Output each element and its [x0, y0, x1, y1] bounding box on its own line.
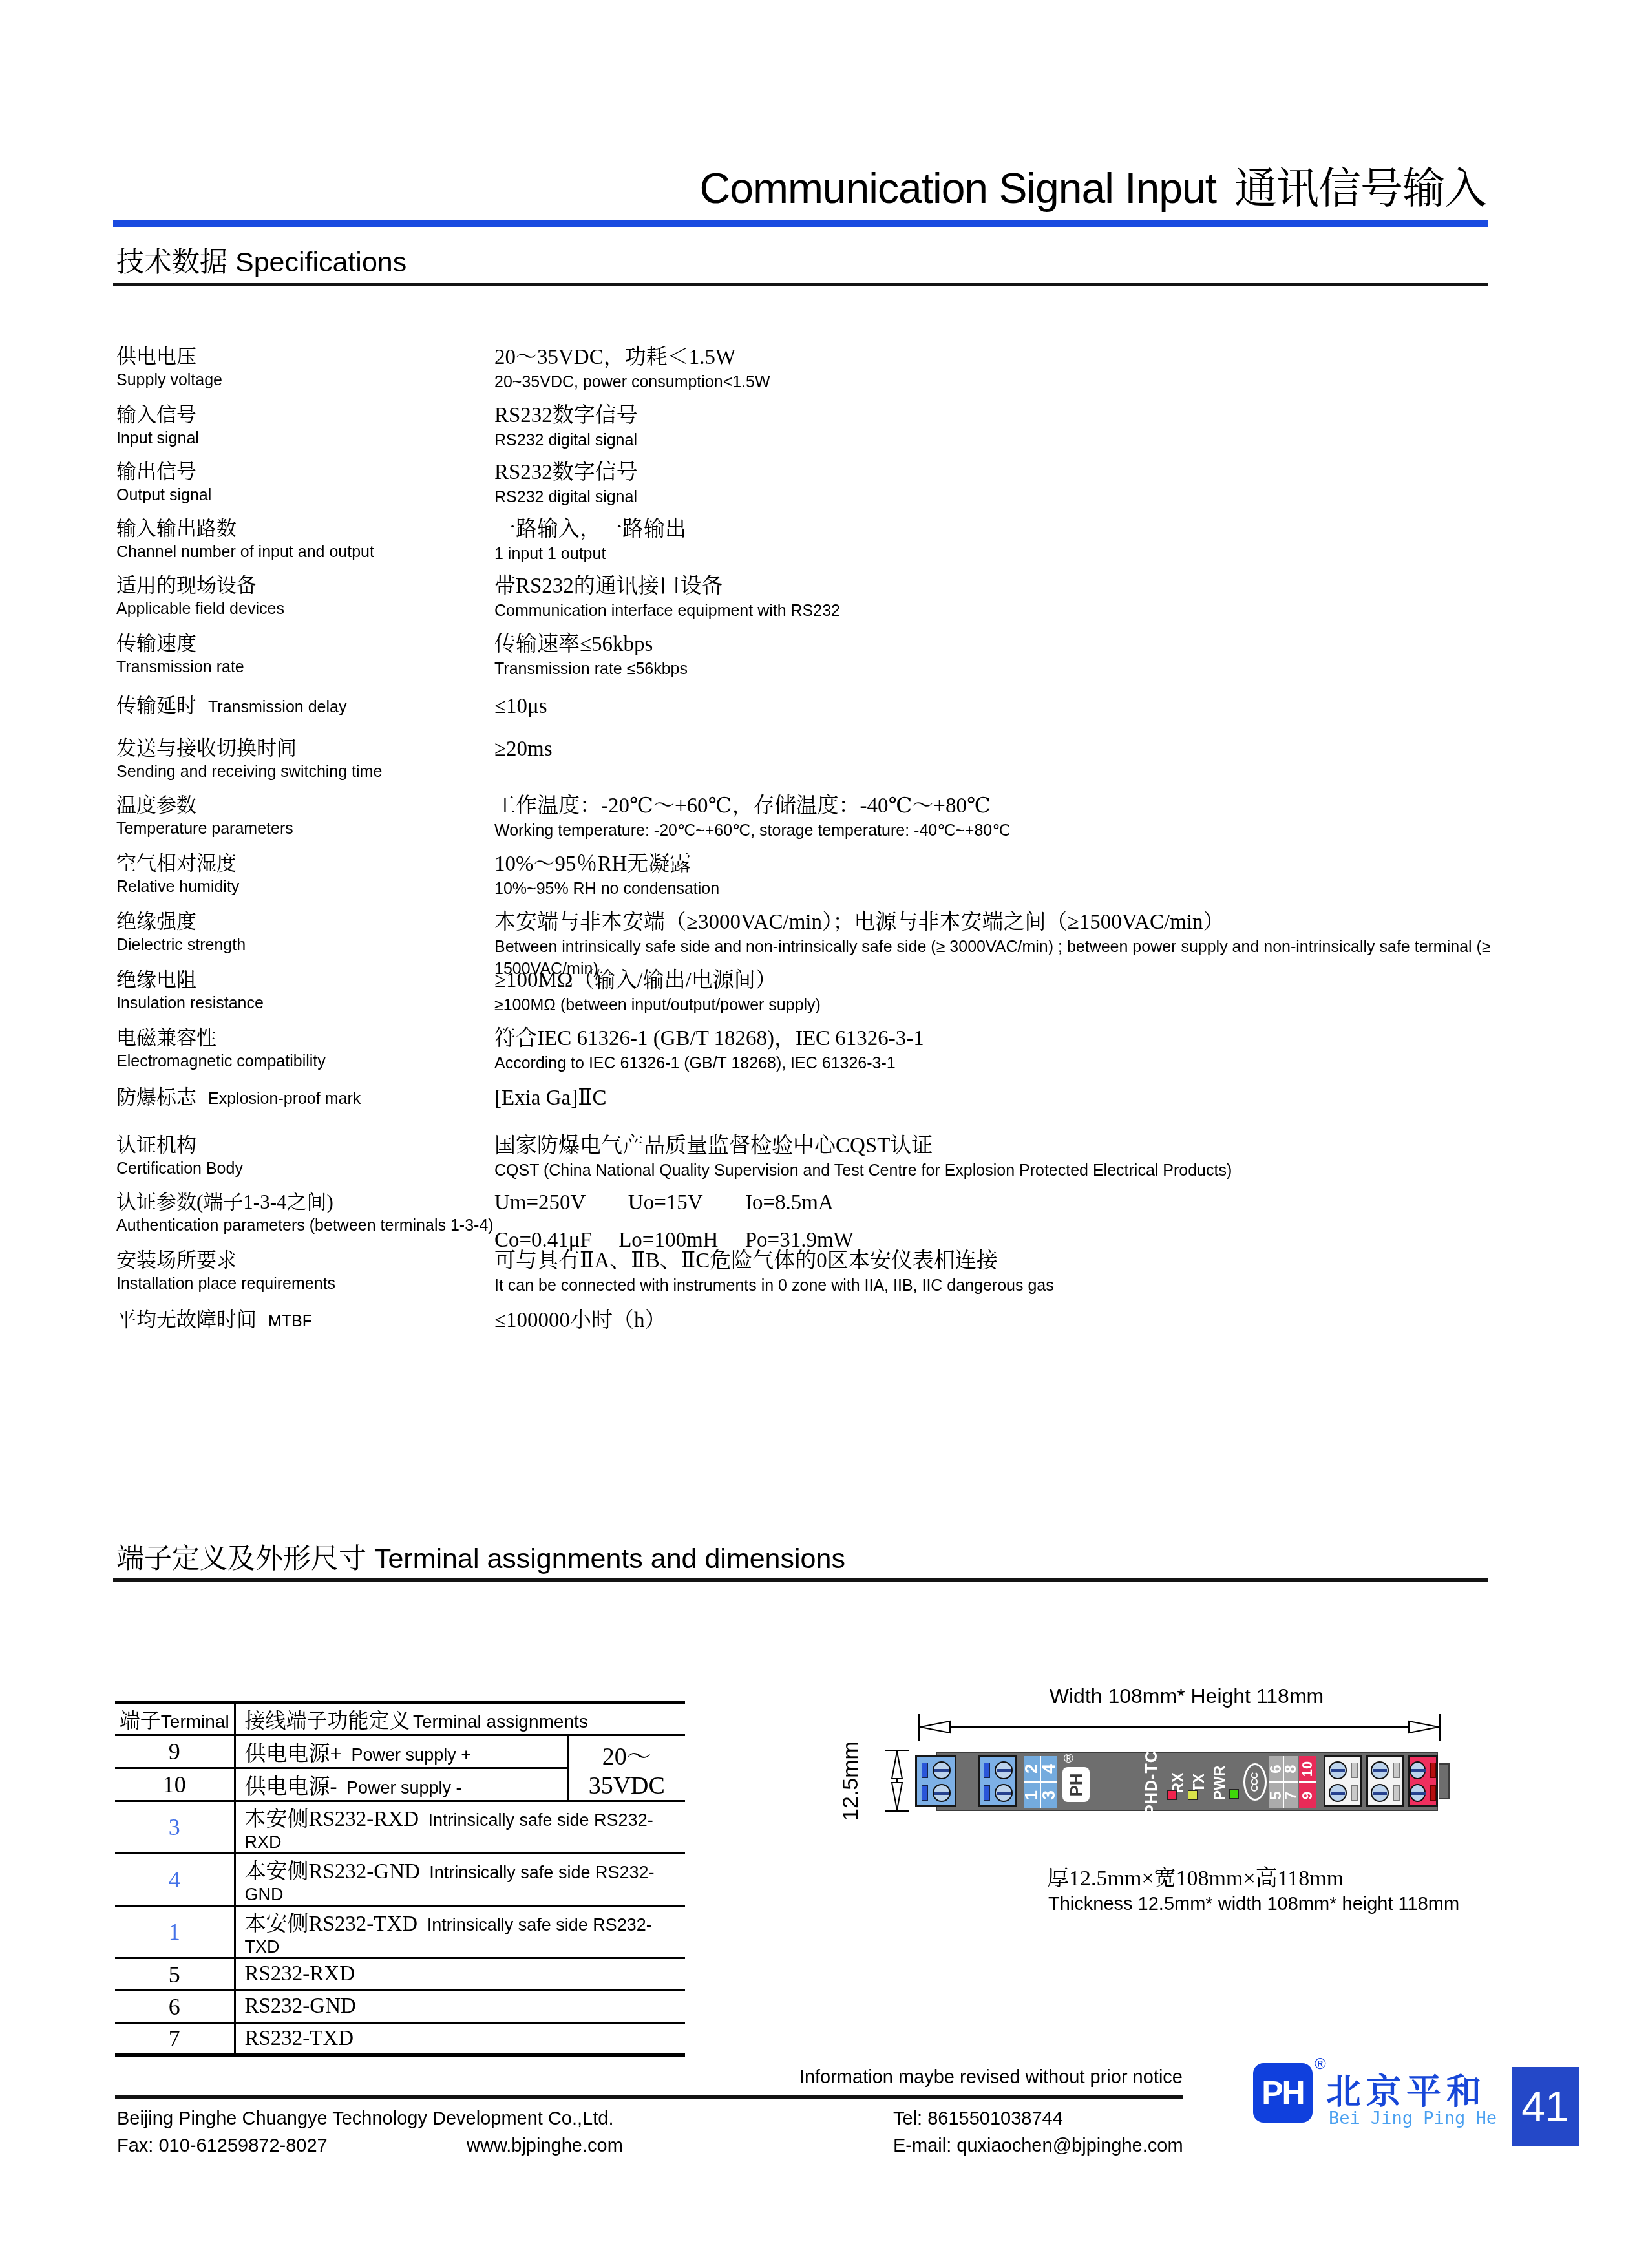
spec-row-humidity: 空气相对湿度 Relative humidity 10%～95％RH无凝露 10…: [116, 851, 1512, 900]
terminal-underline: [113, 1578, 1488, 1582]
spec-row-authentication-parameters: 认证参数(端子1-3-4之间) Authentication parameter…: [116, 1189, 1512, 1254]
spec-value-cn: 20～35VDC，功耗＜1.5W: [494, 344, 1512, 371]
spec-value-en: ≥100MΩ (between input/output/power suppl…: [494, 994, 1512, 1016]
spec-label-en: Authentication parameters (between termi…: [116, 1215, 494, 1236]
terminal-number-panel-red: 10 9: [1299, 1756, 1316, 1808]
spec-value-en: Working temperature: -20℃~+60℃, storage …: [494, 820, 1512, 842]
spec-label: 输入信号 Input signal: [116, 402, 494, 449]
panel-cell: 7: [1284, 1783, 1298, 1808]
terminal-function: 本安侧RS232-TXD Intrinsically safe side RS2…: [235, 1906, 685, 1958]
spec-label-cn: 电磁兼容性: [116, 1025, 494, 1051]
terminal-block-white-2: [1366, 1755, 1404, 1807]
spec-value: ≤10μs: [494, 693, 1512, 720]
size-note-cn: 厚12.5mm×宽108mm×高118mm: [1047, 1860, 1344, 1892]
page-title-en: Communication Signal Input: [700, 164, 1216, 212]
panel-digit: 4: [1039, 1764, 1059, 1774]
pwr-label: PWR: [1211, 1753, 1229, 1812]
screw-terminal: [1410, 1784, 1426, 1802]
spec-value: 带RS232的通讯接口设备 Communication interface eq…: [494, 573, 1512, 622]
spec-value-cn: 带RS232的通讯接口设备: [494, 573, 1512, 600]
fax-number: Fax: 010-61259872-8027: [117, 2136, 328, 2157]
terminal-function-cn: RS232-GND: [245, 1995, 356, 2018]
spec-label: 供电电压 Supply voltage: [116, 344, 494, 391]
spec-value: 工作温度：-20℃～+60℃，存储温度：-40℃～+80℃ Working te…: [494, 792, 1512, 842]
spec-label-cn: 认证参数(端子1-3-4之间): [116, 1189, 494, 1215]
spec-value-cn: 国家防爆电气产品质量监督检验中心CQST认证: [494, 1132, 1512, 1160]
table-row-terminal-5: 5 RS232-RXD: [115, 1958, 685, 1991]
terminal-number: 4: [115, 1854, 235, 1906]
terminal-function-cn: RS232-TXD: [245, 2027, 354, 2050]
terminal-function-cn: RS232-RXD: [245, 1962, 355, 1986]
spec-label-en: Transmission delay: [208, 697, 346, 718]
screw-terminal: [933, 1761, 951, 1779]
spec-label: 输入输出路数 Channel number of input and outpu…: [116, 516, 494, 563]
terminal-function-cn: 供电电源-: [245, 1775, 337, 1799]
terminal-function-cn: 供电电源+: [245, 1743, 343, 1766]
ccc-certification-icon: CCC: [1243, 1763, 1267, 1801]
spec-label-en: Electromagnetic compatibility: [116, 1051, 494, 1072]
spec-row-emc: 电磁兼容性 Electromagnetic compatibility 符合IE…: [116, 1025, 1512, 1074]
table-row-terminal-4: 4 本安侧RS232-GND Intrinsically safe side R…: [115, 1854, 685, 1906]
screw-terminal: [933, 1784, 951, 1802]
spec-label: 防爆标志 Explosion-proof mark: [116, 1085, 494, 1110]
terminal-row: [1410, 1761, 1436, 1779]
terminal-header-cn: 端子: [120, 1709, 161, 1732]
terminal-number-panel-gray: 6 8 5 7: [1269, 1756, 1298, 1808]
rx-label: RX: [1170, 1753, 1188, 1812]
spec-label: 传输速度 Transmission rate: [116, 631, 494, 678]
company-name: Beijing Pinghe Chuangye Technology Devel…: [117, 2108, 613, 2130]
revision-notice: Information maybe revised without prior …: [646, 2067, 1183, 2088]
screw-terminal: [1329, 1784, 1347, 1802]
terminal-number: 9: [115, 1735, 235, 1768]
wire-slot: [922, 1785, 928, 1801]
spec-value-cn: ≤10μs: [494, 693, 1512, 720]
terminal-function: RS232-GND: [235, 1991, 685, 2023]
screw-terminal: [1329, 1761, 1347, 1779]
spec-label: 空气相对湿度 Relative humidity: [116, 851, 494, 898]
tx-text: TX: [1191, 1773, 1209, 1792]
terminal-number: 1: [115, 1906, 235, 1958]
spec-value-cn: ≤100000小时（h）: [494, 1307, 1512, 1334]
spec-row-supply-voltage: 供电电压 Supply voltage 20～35VDC，功耗＜1.5W 20~…: [116, 344, 1512, 393]
page-title: Communication Signal Input通讯信号输入: [116, 154, 1486, 215]
terminal-number: 7: [115, 2023, 235, 2055]
spec-value-en: CQST (China National Quality Supervision…: [494, 1160, 1512, 1182]
datasheet-page: Communication Signal Input通讯信号输入 技术数据 Sp…: [0, 0, 1626, 2268]
spec-value: 20～35VDC，功耗＜1.5W 20~35VDC, power consump…: [494, 344, 1512, 393]
terminal-number: 3: [115, 1801, 235, 1854]
terminal-function: 本安侧RS232-RXD Intrinsically safe side RS2…: [235, 1801, 685, 1854]
terminal-row: [1410, 1784, 1436, 1802]
spec-row-insulation-resistance: 绝缘电阻 Insulation resistance ≥100MΩ（输入/输出/…: [116, 967, 1512, 1016]
device-model-text: PHD-TC: [1143, 1750, 1161, 1815]
spec-value-cn: 可与具有ⅡA、ⅡB、ⅡC危险气体的0区本安仪表相连接: [494, 1247, 1512, 1275]
spec-label: 认证参数(端子1-3-4之间) Authentication parameter…: [116, 1189, 494, 1236]
spec-label: 绝缘电阻 Insulation resistance: [116, 967, 494, 1014]
spec-value-cn: ≥20ms: [494, 736, 1512, 763]
spec-label-cn: 平均无故障时间: [116, 1307, 257, 1333]
company-logo-text: PH: [1262, 2074, 1304, 2112]
spec-label: 温度参数 Temperature parameters: [116, 792, 494, 840]
terminal-function: 本安侧RS232-GND Intrinsically safe side RS2…: [235, 1854, 685, 1906]
spec-label-en: Insulation resistance: [116, 993, 494, 1014]
width-dimension-line: [911, 1712, 1448, 1743]
spec-label-en: Supply voltage: [116, 370, 494, 391]
wire-slot: [984, 1763, 990, 1778]
spec-value-en: Transmission rate ≤56kbps: [494, 658, 1512, 680]
screw-terminal: [1410, 1761, 1426, 1779]
spec-label-cn: 传输速度: [116, 631, 494, 657]
terminal-function: 供电电源+ Power supply +: [235, 1735, 567, 1768]
spec-value-cn: 本安端与非本安端（≥3000VAC/min）；电源与非本安端之间（≥1500VA…: [494, 909, 1512, 936]
company-logo-en: Bei Jing Ping He: [1329, 2108, 1497, 2128]
wire-slot: [1393, 1785, 1400, 1801]
telephone-number: Tel: 8615501038744: [893, 2108, 1063, 2130]
spec-label-en: Relative humidity: [116, 876, 494, 898]
terminal-table: 端子Terminal 接线端子功能定义 Terminal assignments…: [115, 1701, 685, 2057]
device-mount-tab: [1439, 1763, 1450, 1799]
spec-value-en: According to IEC 61326-1 (GB/T 18268), I…: [494, 1052, 1512, 1074]
panel-cell: 1: [1024, 1783, 1040, 1808]
spec-value-cn: RS232数字信号: [494, 459, 1512, 486]
wire-slot: [984, 1785, 990, 1801]
spec-value-cn: 一路输入，一路输出: [494, 516, 1512, 543]
spec-row-installation-place: 安装场所要求 Installation place requirements 可…: [116, 1247, 1512, 1297]
tx-label: TX: [1190, 1753, 1209, 1812]
width-height-dimension-label: Width 108mm* Height 118mm: [924, 1684, 1449, 1708]
device-body: 2 4 1 3 ® PH PHD-TC RX TX PWR CCC 6 8 5: [936, 1752, 1438, 1811]
device-model-label: PHD-TC: [1143, 1753, 1161, 1812]
spec-value-cn: 传输速率≤56kbps: [494, 631, 1512, 658]
pwr-text: PWR: [1212, 1765, 1229, 1800]
spec-label: 输出信号 Output signal: [116, 459, 494, 506]
terminal-function-en: Power supply +: [352, 1745, 471, 1765]
terminal-block-red: [1408, 1755, 1438, 1807]
tx-led-icon: [1188, 1790, 1198, 1800]
spec-row-explosion-proof-mark: 防爆标志 Explosion-proof mark [Exia Ga]ⅡC: [116, 1085, 1512, 1112]
spec-label: 绝缘强度 Dielectric strength: [116, 909, 494, 956]
screw-terminal: [995, 1761, 1013, 1779]
wire-slot: [1430, 1763, 1436, 1778]
spec-value: ≥20ms: [494, 736, 1512, 763]
wire-slot: [1351, 1785, 1358, 1801]
ph-logo-icon: PH: [1062, 1767, 1090, 1802]
terminal-number: 10: [115, 1768, 235, 1801]
spec-row-transmission-delay: 传输延时 Transmission delay ≤10μs: [116, 693, 1512, 720]
spec-label-en: Sending and receiving switching time: [116, 761, 494, 783]
spec-label-en: Dielectric strength: [116, 935, 494, 956]
spec-value: ≥100MΩ（输入/输出/电源间） ≥100MΩ (between input/…: [494, 967, 1512, 1016]
spec-label-en: Certification Body: [116, 1158, 494, 1180]
terminal-number: 5: [115, 1958, 235, 1991]
spec-value-cn: 符合IEC 61326-1 (GB/T 18268)，IEC 61326-3-1: [494, 1025, 1512, 1052]
terminal-heading: 端子定义及外形尺寸 Terminal assignments and dimen…: [116, 1537, 845, 1576]
thickness-dimension-label: 12.5mm: [836, 1745, 865, 1816]
spec-value-en: 1 input 1 output: [494, 543, 1512, 565]
terminal-function-cn: 本安侧RS232-RXD: [245, 1808, 419, 1831]
panel-digit: 3: [1039, 1790, 1059, 1800]
spec-row-transmission-rate: 传输速度 Transmission rate 传输速率≤56kbps Trans…: [116, 631, 1512, 680]
spec-value-en: It can be connected with instruments in …: [494, 1275, 1512, 1297]
spec-value: 国家防爆电气产品质量监督检验中心CQST认证 CQST (China Natio…: [494, 1132, 1512, 1182]
panel-digit: 9: [1299, 1791, 1316, 1799]
thickness-value: 12.5mm: [838, 1741, 863, 1821]
terminal-function-en: Power supply -: [346, 1778, 462, 1797]
assignments-header-en: Terminal assignments: [413, 1712, 588, 1732]
ccc-text: CCC: [1250, 1772, 1261, 1792]
terminal-function: RS232-TXD: [235, 2023, 685, 2055]
device-dimension-drawing: Width 108mm* Height 118mm 12.5mm: [827, 1674, 1486, 1952]
wire-slot: [1393, 1763, 1400, 1778]
spec-value: Um=250V Uo=15V Io=8.5mA Co=0.41μF Lo=100…: [494, 1189, 1512, 1254]
spec-label-cn: 安装场所要求: [116, 1247, 494, 1273]
table-row-terminal-7: 7 RS232-TXD: [115, 2023, 685, 2055]
ph-logo-text: PH: [1066, 1773, 1086, 1796]
spec-value: [Exia Ga]ⅡC: [494, 1085, 1512, 1112]
panel-cell: 8: [1284, 1756, 1298, 1781]
registered-trademark-icon: ®: [1064, 1752, 1073, 1766]
spec-label: 平均无故障时间 MTBF: [116, 1307, 494, 1333]
spec-label: 认证机构 Certification Body: [116, 1132, 494, 1180]
footer-rule: [115, 2095, 1183, 2099]
header-accent-rule: [113, 220, 1488, 227]
spec-label-en: Explosion-proof mark: [208, 1088, 361, 1110]
panel-cell: 9: [1299, 1783, 1316, 1808]
table-row-terminal-3: 3 本安侧RS232-RXD Intrinsically safe side R…: [115, 1801, 685, 1854]
spec-value: 传输速率≤56kbps Transmission rate ≤56kbps: [494, 631, 1512, 680]
spec-label-en: Transmission rate: [116, 657, 494, 678]
spec-row-input-signal: 输入信号 Input signal RS232数字信号 RS232 digita…: [116, 402, 1512, 451]
screw-terminal: [1371, 1784, 1389, 1802]
spec-value-cn: 工作温度：-20℃～+60℃，存储温度：-40℃～+80℃: [494, 792, 1512, 820]
company-logo-cn: 北京平和: [1326, 2064, 1486, 2114]
spec-value: 可与具有ⅡA、ⅡB、ⅡC危险气体的0区本安仪表相连接 It can be con…: [494, 1247, 1512, 1297]
spec-row-output-signal: 输出信号 Output signal RS232数字信号 RS232 digit…: [116, 459, 1512, 508]
terminal-header-en: Terminal: [161, 1712, 229, 1732]
rx-led-icon: [1167, 1790, 1177, 1800]
spec-value: 10%～95％RH无凝露 10%~95% RH no condensation: [494, 851, 1512, 900]
spec-value: RS232数字信号 RS232 digital signal: [494, 402, 1512, 451]
terminal-row: [980, 1761, 1015, 1779]
terminal-header-cell: 端子Terminal: [115, 1703, 235, 1735]
spec-label-cn: 绝缘电阻: [116, 967, 494, 993]
spec-label: 传输延时 Transmission delay: [116, 693, 494, 719]
spec-label-cn: 发送与接收切换时间: [116, 736, 494, 761]
spec-value-en: 10%~95% RH no condensation: [494, 878, 1512, 900]
table-row-terminal-1: 1 本安侧RS232-TXD Intrinsically safe side R…: [115, 1906, 685, 1958]
spec-value-cn: [Exia Ga]ⅡC: [494, 1085, 1512, 1112]
specifications-underline: [113, 283, 1488, 286]
spec-row-temperature: 温度参数 Temperature parameters 工作温度：-20℃～+6…: [116, 792, 1512, 842]
spec-label-en: Temperature parameters: [116, 818, 494, 840]
terminal-number: 6: [115, 1991, 235, 2023]
spec-label-cn: 防爆标志: [116, 1085, 196, 1110]
table-row-terminal-6: 6 RS232-GND: [115, 1991, 685, 2023]
panel-cell: 10: [1299, 1756, 1316, 1781]
assignments-header-cell: 接线端子功能定义 Terminal assignments: [235, 1703, 685, 1735]
spec-label-cn: 输入信号: [116, 402, 494, 428]
spec-value: ≤100000小时（h）: [494, 1307, 1512, 1334]
spec-label-en: Input signal: [116, 428, 494, 449]
spec-value-cn: ≥100MΩ（输入/输出/电源间）: [494, 967, 1512, 994]
spec-value-en: RS232 digital signal: [494, 486, 1512, 508]
spec-label-cn: 认证机构: [116, 1132, 494, 1158]
wire-slot: [922, 1763, 928, 1778]
page-number-badge: 41: [1512, 2067, 1579, 2146]
spec-row-switching-time: 发送与接收切换时间 Sending and receiving switchin…: [116, 736, 1512, 783]
terminal-row: [980, 1784, 1015, 1802]
logo-registered-trademark-icon: ®: [1315, 2055, 1326, 2073]
assignments-header-cn: 接线端子功能定义: [245, 1709, 410, 1732]
spec-label-en: Applicable field devices: [116, 599, 494, 620]
panel-cell: 6: [1269, 1756, 1283, 1781]
spec-value-en: 20~35VDC, power consumption<1.5W: [494, 371, 1512, 393]
terminal-row: [917, 1761, 955, 1779]
wire-slot: [1430, 1785, 1436, 1801]
spec-label: 电磁兼容性 Electromagnetic compatibility: [116, 1025, 494, 1072]
panel-digit: 10: [1299, 1761, 1316, 1776]
spec-label-en: Output signal: [116, 485, 494, 506]
terminal-function-cn: 本安侧RS232-GND: [245, 1860, 420, 1883]
spec-value-cn: Um=250V Uo=15V Io=8.5mA: [494, 1189, 1512, 1216]
spec-label: 适用的现场设备 Applicable field devices: [116, 573, 494, 620]
spec-value-cn: RS232数字信号: [494, 402, 1512, 429]
spec-row-applicable-devices: 适用的现场设备 Applicable field devices 带RS232的…: [116, 573, 1512, 622]
spec-label-cn: 输入输出路数: [116, 516, 494, 542]
terminal-function: RS232-RXD: [235, 1958, 685, 1991]
panel-digit: 8: [1282, 1765, 1300, 1773]
spec-value-en: RS232 digital signal: [494, 429, 1512, 451]
panel-cell: 3: [1041, 1783, 1057, 1808]
website-link: www.bjpinghe.com: [467, 2136, 623, 2157]
spec-value: 符合IEC 61326-1 (GB/T 18268)，IEC 61326-3-1…: [494, 1025, 1512, 1074]
company-logo-icon: PH: [1253, 2063, 1313, 2123]
screw-terminal: [1371, 1761, 1389, 1779]
terminal-function-cn: 本安侧RS232-TXD: [245, 1913, 418, 1936]
terminal-row: [1368, 1761, 1402, 1779]
email-address: E-mail: quxiaochen@bjpinghe.com: [893, 2136, 1183, 2157]
terminal-table-header-row: 端子Terminal 接线端子功能定义 Terminal assignments: [115, 1703, 685, 1735]
spec-row-channel-number: 输入输出路数 Channel number of input and outpu…: [116, 516, 1512, 565]
power-supply-range: 20～35VDC: [567, 1735, 685, 1801]
spec-label-en: MTBF: [268, 1311, 312, 1332]
pwr-led-icon: [1229, 1789, 1239, 1799]
terminal-row: [1325, 1784, 1360, 1802]
spec-label: 安装场所要求 Installation place requirements: [116, 1247, 494, 1295]
table-row-terminal-9: 9 供电电源+ Power supply + 20～35VDC: [115, 1735, 685, 1768]
spec-value: RS232数字信号 RS232 digital signal: [494, 459, 1512, 508]
spec-label-cn: 传输延时: [116, 693, 196, 719]
terminal-block-blue-2: [978, 1755, 1017, 1807]
spec-value-cn: 10%～95％RH无凝露: [494, 851, 1512, 878]
panel-cell: 2: [1024, 1756, 1040, 1781]
terminal-row: [1368, 1784, 1402, 1802]
thickness-dimension-line: [883, 1746, 911, 1815]
spec-label-cn: 绝缘强度: [116, 909, 494, 935]
terminal-block-white-1: [1324, 1755, 1362, 1807]
wire-slot: [1351, 1763, 1358, 1778]
spec-value-en: Communication interface equipment with R…: [494, 600, 1512, 622]
terminal-number-panel-blue: 2 4 1 3: [1024, 1756, 1057, 1808]
terminal-row: [917, 1784, 955, 1802]
spec-label-cn: 输出信号: [116, 459, 494, 485]
spec-value: 一路输入，一路输出 1 input 1 output: [494, 516, 1512, 565]
terminal-row: [1325, 1761, 1360, 1779]
panel-cell: 5: [1269, 1783, 1283, 1808]
panel-digit: 7: [1282, 1791, 1300, 1799]
spec-label-en: Channel number of input and output: [116, 542, 494, 563]
spec-label-cn: 供电电压: [116, 344, 494, 370]
panel-cell: 4: [1041, 1756, 1057, 1781]
spec-row-certification-body: 认证机构 Certification Body 国家防爆电气产品质量监督检验中心…: [116, 1132, 1512, 1182]
page-title-cn: 通讯信号输入: [1234, 164, 1486, 212]
size-note-en: Thickness 12.5mm* width 108mm* height 11…: [1048, 1894, 1459, 1915]
spec-label-cn: 适用的现场设备: [116, 573, 494, 599]
terminal-function: 供电电源- Power supply -: [235, 1768, 567, 1801]
spec-row-mtbf: 平均无故障时间 MTBF ≤100000小时（h）: [116, 1307, 1512, 1334]
specifications-heading: 技术数据 Specifications: [116, 240, 406, 280]
spec-label-en: Installation place requirements: [116, 1273, 494, 1295]
spec-label-cn: 温度参数: [116, 792, 494, 818]
screw-terminal: [995, 1784, 1013, 1802]
spec-label: 发送与接收切换时间 Sending and receiving switchin…: [116, 736, 494, 783]
spec-label-cn: 空气相对湿度: [116, 851, 494, 876]
terminal-block-blue-1: [915, 1755, 956, 1807]
